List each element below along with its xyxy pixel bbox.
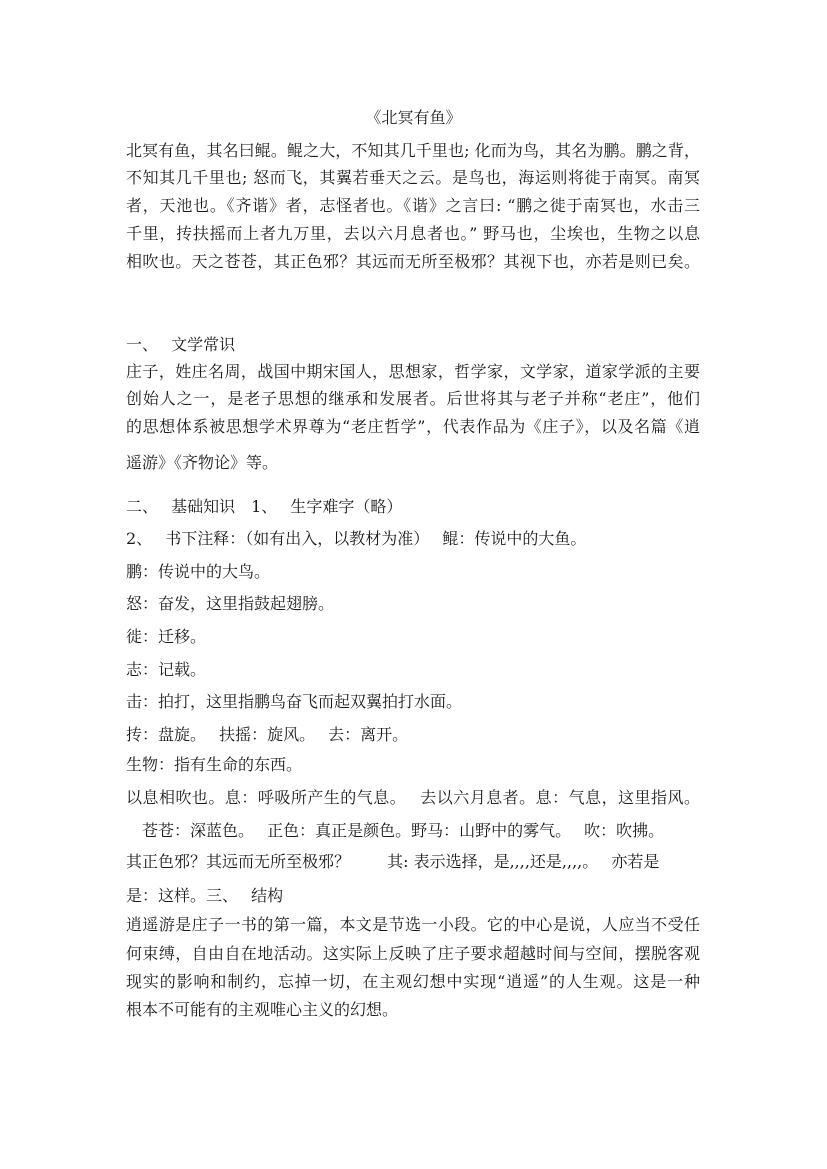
section-heading: 二、 基础知识 1、 生字难字（略） bbox=[126, 496, 700, 518]
annotation-line: 抟：盘旋。 扶摇：旋风。 去：离开。 bbox=[126, 724, 700, 746]
annotation-line: 其正色邪？其远而无所至极邪？ 其: 表示选择，是,,,,还是,,,,。 亦若是 bbox=[126, 851, 700, 873]
text-line: 者，天池也。《齐谐》者，志怪者也。《谐》之言曰: “鹏之徙于南冥也，水击三 bbox=[126, 195, 700, 217]
text-line: 根本不可能有的主观唯心主义的幻想。 bbox=[126, 999, 700, 1021]
text-line: 庄子，姓庄名周，战国中期宋国人，思想家，哲学家，文学家，道家学派的主要 bbox=[126, 361, 700, 383]
annotation-line: 是：这样。三、 结构 bbox=[126, 885, 700, 907]
document-title: 《北冥有鱼》 bbox=[0, 107, 827, 129]
text-line: 何束缚，自由自在地活动。这实际上反映了庄子要求超越时间与空间，摆脱客观 bbox=[126, 943, 700, 965]
document-page: 《北冥有鱼》 北冥有鱼，其名曰鲲。鲲之大，不知其几千里也; 化而为鸟，其名为鹏。… bbox=[0, 0, 827, 1169]
annotation-line: 以息相吹也。息：呼吸所产生的气息。 去以六月息者。息：气息，这里指风。 bbox=[126, 787, 700, 809]
annotation-line: 击：拍打，这里指鹏鸟奋飞而起双翼拍打水面。 bbox=[126, 691, 700, 713]
text-line: 现实的影响和制约，忘掉一切，在主观幻想中实现“逍遥”的人生观。这是一种 bbox=[126, 971, 700, 993]
text-line: 逍遥游是庄子一书的第一篇，本文是节选一小段。它的中心是说，人应当不受任 bbox=[126, 914, 700, 936]
text-line: 遥游》《齐物论》等。 bbox=[126, 452, 700, 474]
section-heading: 一、 文学常识 bbox=[126, 334, 700, 356]
annotation-line: 怒：奋发，这里指鼓起翅膀。 bbox=[126, 593, 700, 615]
text-line: 北冥有鱼，其名曰鲲。鲲之大，不知其几千里也; 化而为鸟，其名为鹏。鹏之背， bbox=[126, 140, 700, 162]
text-line: 创始人之一，是老子思想的继承和发展者。后世将其与老子并称“老庄”，他们 bbox=[126, 388, 700, 410]
annotation-line: 鹏：传说中的大鸟。 bbox=[126, 561, 700, 583]
text-line: 的思想体系被思想学术界尊为“老庄哲学”，代表作品为《庄子》，以及名篇《逍 bbox=[126, 416, 700, 438]
annotation-line: 苍苍：深蓝色。 正色：真正是颜色。野马：山野中的雾气。 吹：吹拂。 bbox=[126, 820, 700, 842]
annotation-line: 徙：迁移。 bbox=[126, 626, 700, 648]
text-line: 相吹也。天之苍苍，其正色邪？其远而无所至极邪？其视下也，亦若是则已矣。 bbox=[126, 251, 700, 273]
annotation-line: 志：记载。 bbox=[126, 659, 700, 681]
text-line: 千里，抟扶摇而上者九万里，去以六月息者也。” 野马也，尘埃也，生物之以息 bbox=[126, 223, 700, 245]
text-line: 不知其几千里也; 怒而飞，其翼若垂天之云。是鸟也，海运则将徙于南冥。南冥 bbox=[126, 167, 700, 189]
annotation-line: 生物：指有生命的东西。 bbox=[126, 754, 700, 776]
annotation-line: 2、 书下注释：（如有出入，以教材为准） 鲲：传说中的大鱼。 bbox=[126, 528, 700, 550]
